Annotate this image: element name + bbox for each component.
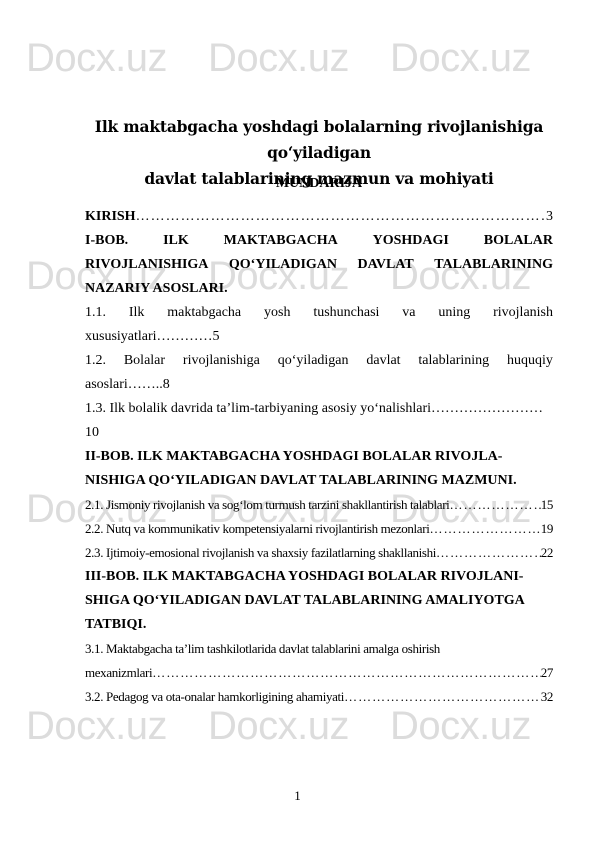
word: ILK — [163, 229, 189, 253]
toc-entry-label: 2.1. Jismoniy rivojlanish va sog‘lom tur… — [85, 493, 449, 517]
toc-entry-label: KIRISH — [85, 205, 136, 229]
leader-dots — [152, 661, 540, 685]
toc-chapter-3-line-2[interactable]: SHIGA QO‘YILADIGAN DAVLAT TALABLARINING … — [85, 589, 553, 613]
word: maktabgacha — [167, 301, 241, 325]
toc-section-2-1[interactable]: 2.1. Jismoniy rivojlanish va sog‘lom tur… — [85, 493, 553, 517]
toc-entry-label: xususiyatlari………… — [85, 329, 213, 344]
toc-entry-label: asoslari…….. — [85, 377, 163, 392]
leader-dots — [136, 205, 546, 229]
word: qo‘yiladigan — [278, 349, 349, 373]
leader-dots — [344, 685, 541, 709]
document-page: Ilk maktabgacha yoshdagi bolalarning riv… — [85, 0, 553, 842]
word: TALABLARINING — [434, 253, 553, 277]
toc-entry-label: 2.2. Nutq va kommunikativ kompetensiyala… — [85, 517, 429, 541]
word: RIVOJLANISHIGA — [85, 253, 208, 277]
toc-entry-label: 3.2. Pedagog va ota-onalar hamkorliginin… — [85, 685, 344, 709]
word: MAKTABGACHA — [224, 229, 338, 253]
toc-page-number: 3 — [546, 205, 553, 229]
word: Bolalar — [124, 349, 165, 373]
toc-chapter-2-line-2[interactable]: NISHIGA QO‘YILADIGAN DAVLAT TALABLARININ… — [85, 469, 553, 493]
word: YOSHDAGI — [373, 229, 449, 253]
toc-chapter-3-line-1[interactable]: III-BOB. ILK MAKTABGACHA YOSHDAGI BOLALA… — [85, 565, 553, 589]
toc-page-number: 32 — [541, 685, 553, 709]
word: va — [402, 301, 415, 325]
toc-section-1-1-line-1[interactable]: 1.1. Ilk maktabgacha yosh tushunchasi va… — [85, 301, 553, 325]
toc-chapter-2-line-1[interactable]: II-BOB. ILK MAKTABGACHA YOSHDAGI BOLALAR… — [85, 445, 553, 469]
toc-section-3-2[interactable]: 3.2. Pedagog va ota-onalar hamkorliginin… — [85, 685, 553, 709]
toc-section-1-3-page[interactable]: 10 — [85, 421, 553, 445]
table-of-contents: KIRISH 3 I-BOB. ILK MAKTABGACHA YOSHDAGI… — [85, 205, 553, 709]
leader-dots — [429, 517, 540, 541]
toc-page-number: 8 — [163, 377, 170, 392]
word: QO‘YILADIGAN — [229, 253, 337, 277]
word: talablarining — [418, 349, 489, 373]
toc-section-2-2[interactable]: 2.2. Nutq va kommunikativ kompetensiyala… — [85, 517, 553, 541]
word: tushunchasi — [313, 301, 379, 325]
leader-dots — [449, 493, 540, 517]
leader-dots — [436, 541, 541, 565]
word: I-BOB. — [85, 229, 128, 253]
word: rivojlanish — [493, 301, 553, 325]
toc-section-1-2-line-2[interactable]: asoslari……..8 — [85, 373, 553, 397]
toc-heading: MUNDARIJA — [85, 176, 553, 192]
word: yosh — [264, 301, 290, 325]
toc-entry-label: mexanizmlari — [85, 661, 152, 685]
word: rivojlanishiga — [183, 349, 260, 373]
toc-page-number: 15 — [541, 493, 553, 517]
word: huquqiy — [507, 349, 553, 373]
toc-chapter-1-line-3[interactable]: NAZARIY ASOSLARI. — [85, 277, 553, 301]
toc-chapter-3-line-3[interactable]: TATBIQI. — [85, 613, 553, 637]
toc-section-3-1-line-1[interactable]: 3.1. Maktabgacha ta’lim tashkilotlarida … — [85, 637, 553, 661]
title-line-1: Ilk maktabgacha yoshdagi bolalarning riv… — [73, 114, 565, 166]
toc-page-number: 5 — [213, 329, 220, 344]
toc-section-1-1-line-2[interactable]: xususiyatlari…………5 — [85, 325, 553, 349]
toc-entry-intro[interactable]: KIRISH 3 — [85, 205, 553, 229]
word: 1.1. — [85, 301, 106, 325]
word: Ilk — [129, 301, 145, 325]
toc-entry-label: 2.3. Ijtimoiy-emosional rivojlanish va s… — [85, 541, 436, 565]
word: uning — [438, 301, 470, 325]
toc-section-1-2-line-1[interactable]: 1.2. Bolalar rivojlanishiga qo‘yiladigan… — [85, 349, 553, 373]
toc-page-number: 22 — [541, 541, 553, 565]
toc-chapter-1-line-1[interactable]: I-BOB. ILK MAKTABGACHA YOSHDAGI BOLALAR — [85, 229, 553, 253]
toc-section-1-3-line-1[interactable]: 1.3. Ilk bolalik davrida ta’lim-tarbiyan… — [85, 397, 553, 421]
word: DAVLAT — [357, 253, 413, 277]
toc-page-number: 27 — [541, 661, 553, 685]
toc-chapter-1-line-2[interactable]: RIVOJLANISHIGA QO‘YILADIGAN DAVLAT TALAB… — [85, 253, 553, 277]
toc-section-2-3[interactable]: 2.3. Ijtimoiy-emosional rivojlanish va s… — [85, 541, 553, 565]
word: BOLALAR — [484, 229, 553, 253]
word: 1.2. — [85, 349, 106, 373]
toc-page-number: 19 — [541, 517, 553, 541]
word: davlat — [366, 349, 400, 373]
toc-section-3-1-line-2[interactable]: mexanizmlari 27 — [85, 661, 553, 685]
